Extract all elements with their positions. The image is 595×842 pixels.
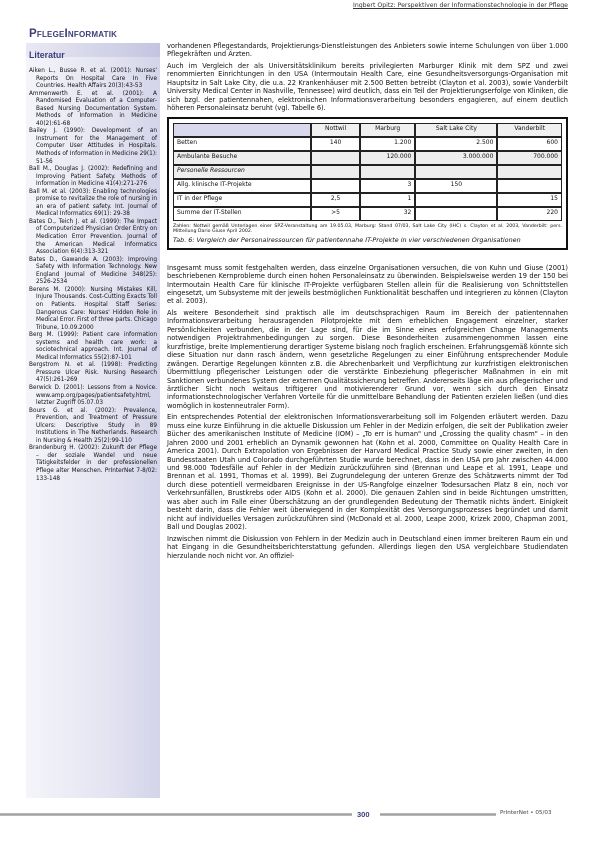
reference-item: Ammenwerth E. et al. (2001): A Randomise…	[29, 91, 157, 129]
reference-item: Ball M., Douglas J. (2002): Redefining a…	[29, 166, 157, 189]
reference-item: Bergstrom N. et al. (1998): Predicting P…	[29, 362, 157, 385]
comparison-table: Nottwil Marburg Salt Lake City Vanderbil…	[173, 123, 562, 221]
reference-item: Brandenburg H. (2002): Zukunft der Pfleg…	[29, 445, 157, 483]
page-number: 300	[357, 810, 370, 819]
table-box: Nottwil Marburg Salt Lake City Vanderbil…	[167, 117, 568, 250]
row-label: Betten	[173, 137, 311, 151]
table-row: IT in der Pflege 2,5 1 15	[173, 193, 562, 207]
table-row: Allg. klinische IT-Projekte 3 150	[173, 179, 562, 193]
reference-item: Berwick D. (2001): Lessons from a Novice…	[29, 385, 157, 408]
column-header: Marburg	[360, 123, 415, 137]
reference-list: Aiken L., Busse R. et al. (2001): Nurses…	[26, 57, 160, 483]
row-label: IT in der Pflege	[173, 193, 311, 207]
footer-rule-right	[380, 813, 496, 816]
row-label: Ambulante Besuche	[173, 151, 311, 165]
reference-item: Ball M. et al. (2003): Enabling technolo…	[29, 189, 157, 219]
table-cell	[415, 165, 497, 179]
table-cell: 1	[360, 193, 415, 207]
table-row: Ambulante Besuche 120.000 3.000.000 700.…	[173, 151, 562, 165]
table-cell: 150	[415, 179, 497, 193]
column-header: Nottwil	[311, 123, 360, 137]
page-footer: 300 PrInterNet • 05/03	[0, 810, 595, 820]
reference-item: Berg M. (1999): Patient care information…	[29, 332, 157, 362]
table-cell: 120.000	[360, 151, 415, 165]
table-cell	[497, 165, 562, 179]
table-cell: 3	[360, 179, 415, 193]
body-paragraph: vorhandenen Pflegestandards, Projektieru…	[167, 42, 568, 59]
main-column: vorhandenen Pflegestandards, Projektieru…	[167, 42, 568, 563]
journal-issue: PrInterNet • 05/03	[500, 810, 552, 816]
table-cell	[311, 179, 360, 193]
table-cell	[311, 151, 360, 165]
table-cell: >5	[311, 207, 360, 221]
body-paragraph: Auch im Vergleich der als Universitätskl…	[167, 62, 568, 113]
table-cell: 15	[497, 193, 562, 207]
table-cell	[497, 179, 562, 193]
table-cell: 220	[497, 207, 562, 221]
table-cell	[415, 193, 497, 207]
reference-item: Bours G. et al. (2002): Prevalence, Prev…	[29, 408, 157, 446]
row-label: Summe der IT-Stellen	[173, 207, 311, 221]
table-cell: 3.000.000	[415, 151, 497, 165]
table-cell: 2.500	[415, 137, 497, 151]
table-caption: Tab. 6: Vergleich der Personalressourcen…	[173, 237, 562, 245]
table-cell	[311, 165, 360, 179]
table-header-row: Nottwil Marburg Salt Lake City Vanderbil…	[173, 123, 562, 137]
reference-item: Bailey J. (1990): Development of an Inst…	[29, 128, 157, 166]
running-header: Ingbert Opitz: Perspektiven der Informat…	[333, 2, 568, 9]
body-paragraph: Inzwischen nimmt die Diskussion von Fehl…	[167, 535, 568, 560]
brand-title: PflegeInformatik	[29, 28, 117, 40]
table-cell: 32	[360, 207, 415, 221]
column-header: Vanderbilt	[497, 123, 562, 137]
table-cell: 700.000	[497, 151, 562, 165]
table-corner	[173, 123, 311, 137]
table-row: Betten 140 1.200 2.500 600	[173, 137, 562, 151]
row-label: Personelle Ressourcen	[173, 165, 311, 179]
table-section-row: Personelle Ressourcen	[173, 165, 562, 179]
table-cell: 140	[311, 137, 360, 151]
body-paragraph: Als weitere Besonderheit sind praktisch …	[167, 309, 568, 410]
table-cell: 600	[497, 137, 562, 151]
row-label: Allg. klinische IT-Projekte	[173, 179, 311, 193]
table-cell	[415, 207, 497, 221]
reference-item: Bates D., Teich J. et al. (1999): The Im…	[29, 219, 157, 257]
reference-item: Berens M. (2000): Nursing Mistakes Kill,…	[29, 287, 157, 332]
footer-rule-left	[0, 813, 352, 816]
body-paragraph: Ein entsprechendes Potential der elektro…	[167, 413, 568, 531]
reference-item: Aiken L., Busse R. et al. (2001): Nurses…	[29, 68, 157, 91]
table-cell: 2,5	[311, 193, 360, 207]
table-row: Summe der IT-Stellen >5 32 220	[173, 207, 562, 221]
table-source-note: Zahlen: Nottwil gemäß Unterlagen einer S…	[173, 224, 562, 235]
sidebar-heading: Literatur	[26, 43, 160, 57]
reference-item: Bates D., Gawande A. (2003): Improving S…	[29, 257, 157, 287]
sidebar: Literatur Aiken L., Busse R. et al. (200…	[26, 43, 160, 798]
table-cell: 1.200	[360, 137, 415, 151]
body-paragraph: Insgesamt muss somit festgehalten werden…	[167, 264, 568, 306]
table-cell	[360, 165, 415, 179]
section-title: Literatur	[29, 50, 65, 60]
column-header: Salt Lake City	[415, 123, 497, 137]
